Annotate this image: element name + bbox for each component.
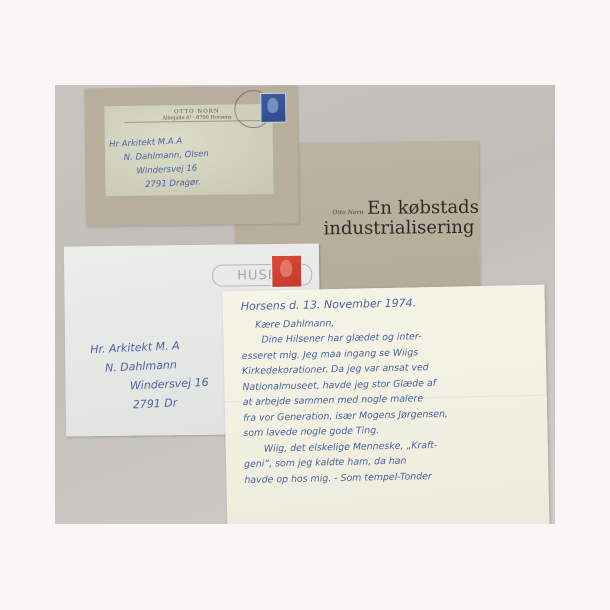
- sender-block: OTTO NORN Allegade 4² · 8700 Horsens: [162, 108, 231, 121]
- booklet-title: Otto NornEn købstads industrialisering: [332, 197, 479, 240]
- envelope-top: OTTO NORN Allegade 4² · 8700 Horsens Hr …: [84, 86, 299, 227]
- photograph: Otto NornEn købstads industrialisering O…: [55, 85, 555, 524]
- handwritten-letter: Horsens d. 13. November 1974. Kære Dahlm…: [222, 285, 549, 524]
- recipient-address: Hr. Arkitekt M. A N. Dahlmann Windersvej…: [90, 335, 210, 416]
- booklet-author: Otto Norn: [332, 209, 363, 216]
- address-line: 2791 Dr: [132, 392, 210, 415]
- letter-date: Horsens d. 13. November 1974.: [241, 295, 446, 315]
- address-line: 2791 Dragør.: [145, 175, 211, 192]
- address-line: Windersvej 16: [129, 373, 209, 396]
- stamp-red-icon: [271, 255, 302, 288]
- stamp-blue-icon: [260, 93, 286, 123]
- booklet-title-line1: En købstads: [367, 197, 479, 219]
- letter-body: Horsens d. 13. November 1974. Kære Dahlm…: [241, 295, 450, 488]
- recipient-address: Hr Arkitekt M.A.A N. Dahlmann, Olsen Win…: [109, 133, 211, 194]
- booklet-title-line2: industrialisering: [323, 218, 479, 240]
